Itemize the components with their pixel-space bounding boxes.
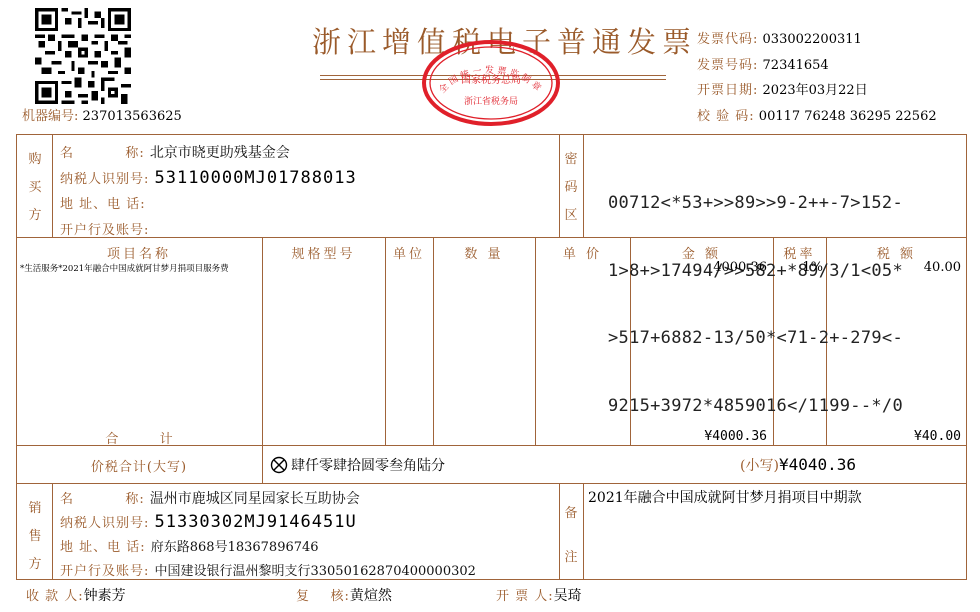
seller-tax-id-row: 纳税人识别号: 51330302MJ9146451U xyxy=(60,511,476,535)
seller-address-row: 地 址、电 话: 府东路868号18367896746 xyxy=(60,535,476,559)
seller-name: 温州市鹿城区同星园家长互助协会 xyxy=(150,491,360,507)
buyer-info: 名 称: 北京市晓更助残基金会 纳税人识别号: 53110000MJ017880… xyxy=(60,140,357,242)
buyer-name-row: 名 称: 北京市晓更助残基金会 xyxy=(60,140,357,166)
qr-code xyxy=(35,8,131,104)
seller-name-row: 名 称: 温州市鹿城区同星园家长互助协会 xyxy=(60,487,476,511)
col-header-unit: 单位 xyxy=(385,243,433,262)
seller-side-label: 销 售 方 xyxy=(20,497,50,572)
seller-address: 府东路868号18367896746 xyxy=(151,540,319,555)
item-tax: 40.00 xyxy=(826,260,961,275)
buyer-bank-row: 开户行及账号: xyxy=(60,217,357,243)
grand-total-lowercase: ¥4040.36 xyxy=(779,455,856,474)
check-code: 校 验 码: 00117 76248 36295 22562 xyxy=(697,104,937,130)
remarks-side-label: 备 注 xyxy=(556,502,586,565)
svg-text:国家税务总局: 国家税务总局 xyxy=(461,73,521,86)
seller-bank: 中国建设银行温州黎明支行33050162870400000302 xyxy=(154,564,475,579)
issuer: 开 票 人:吴琦 xyxy=(496,585,582,605)
item-amount: 4000.36 xyxy=(630,260,767,275)
circle-x-icon xyxy=(270,456,288,474)
grand-total-lowercase-row: (小写)¥4040.36 xyxy=(740,455,856,475)
invoice-number: 发票号码: 72341654 xyxy=(697,53,937,79)
grand-total-label: 价税合计(大写) xyxy=(16,456,262,475)
cipher-area: 00712<*53+>>89>>9-2++-7>152- 1>8+>17494/… xyxy=(608,147,903,440)
total-amount: ¥4000.36 xyxy=(630,429,767,444)
buyer-side-label: 购 买 方 xyxy=(20,148,50,223)
col-header-name: 项目名称 xyxy=(16,243,262,262)
issuer-name: 吴琦 xyxy=(554,588,582,604)
total-tax: ¥40.00 xyxy=(826,429,961,444)
item-name: *生活服务*2021年融合中国成就阿甘梦月捐项目服务费 xyxy=(20,262,229,274)
cipher-side-label: 密 码 区 xyxy=(556,148,586,223)
total-label: 合 计 xyxy=(16,428,262,447)
invoice-code: 发票代码: 033002200311 xyxy=(697,27,937,53)
lowercase-label: (小写) xyxy=(740,458,779,474)
seller-bank-row: 开户行及账号: 中国建设银行温州黎明支行33050162870400000302 xyxy=(60,559,476,583)
machine-number-value: 237013563625 xyxy=(83,109,182,124)
grand-total-uppercase-row: 肆仟零肆拾圆零叁角陆分 xyxy=(270,455,445,475)
issue-date: 开票日期: 2023年03月22日 xyxy=(697,78,937,104)
payee: 收 款 人:钟素芳 xyxy=(26,585,126,605)
buyer-name: 北京市晓更助残基金会 xyxy=(150,145,290,161)
grand-total-uppercase: 肆仟零肆拾圆零叁角陆分 xyxy=(291,455,445,475)
col-header-spec: 规格型号 xyxy=(262,243,385,262)
reviewer: 复 核:黄煊然 xyxy=(296,585,392,605)
remarks-text: 2021年融合中国成就阿甘梦月捐项目中期款 xyxy=(588,487,862,507)
buyer-tax-id-row: 纳税人识别号: 53110000MJ01788013 xyxy=(60,166,357,192)
buyer-tax-id: 53110000MJ01788013 xyxy=(154,168,356,188)
seller-tax-id: 51330302MJ9146451U xyxy=(154,512,356,532)
machine-number-label: 机器编号: xyxy=(22,109,78,124)
item-tax-rate: 1% xyxy=(773,260,823,275)
col-header-unit-price: 单 价 xyxy=(535,243,630,262)
seller-info: 名 称: 温州市鹿城区同星园家长互助协会 纳税人识别号: 51330302MJ9… xyxy=(60,487,476,583)
reviewer-name: 黄煊然 xyxy=(350,588,392,604)
payee-name: 钟素芳 xyxy=(84,588,126,604)
buyer-address-row: 地 址、电 话: xyxy=(60,191,357,217)
col-header-quantity: 数 量 xyxy=(433,243,535,262)
svg-text:浙江省税务局: 浙江省税务局 xyxy=(464,95,518,107)
official-seal: 全国统一发票监制章 国家税务总局 浙江省税务局 xyxy=(421,40,561,126)
machine-number: 机器编号: 237013563625 xyxy=(22,105,182,124)
invoice-meta: 发票代码: 033002200311 发票号码: 72341654 开票日期: … xyxy=(697,27,937,129)
